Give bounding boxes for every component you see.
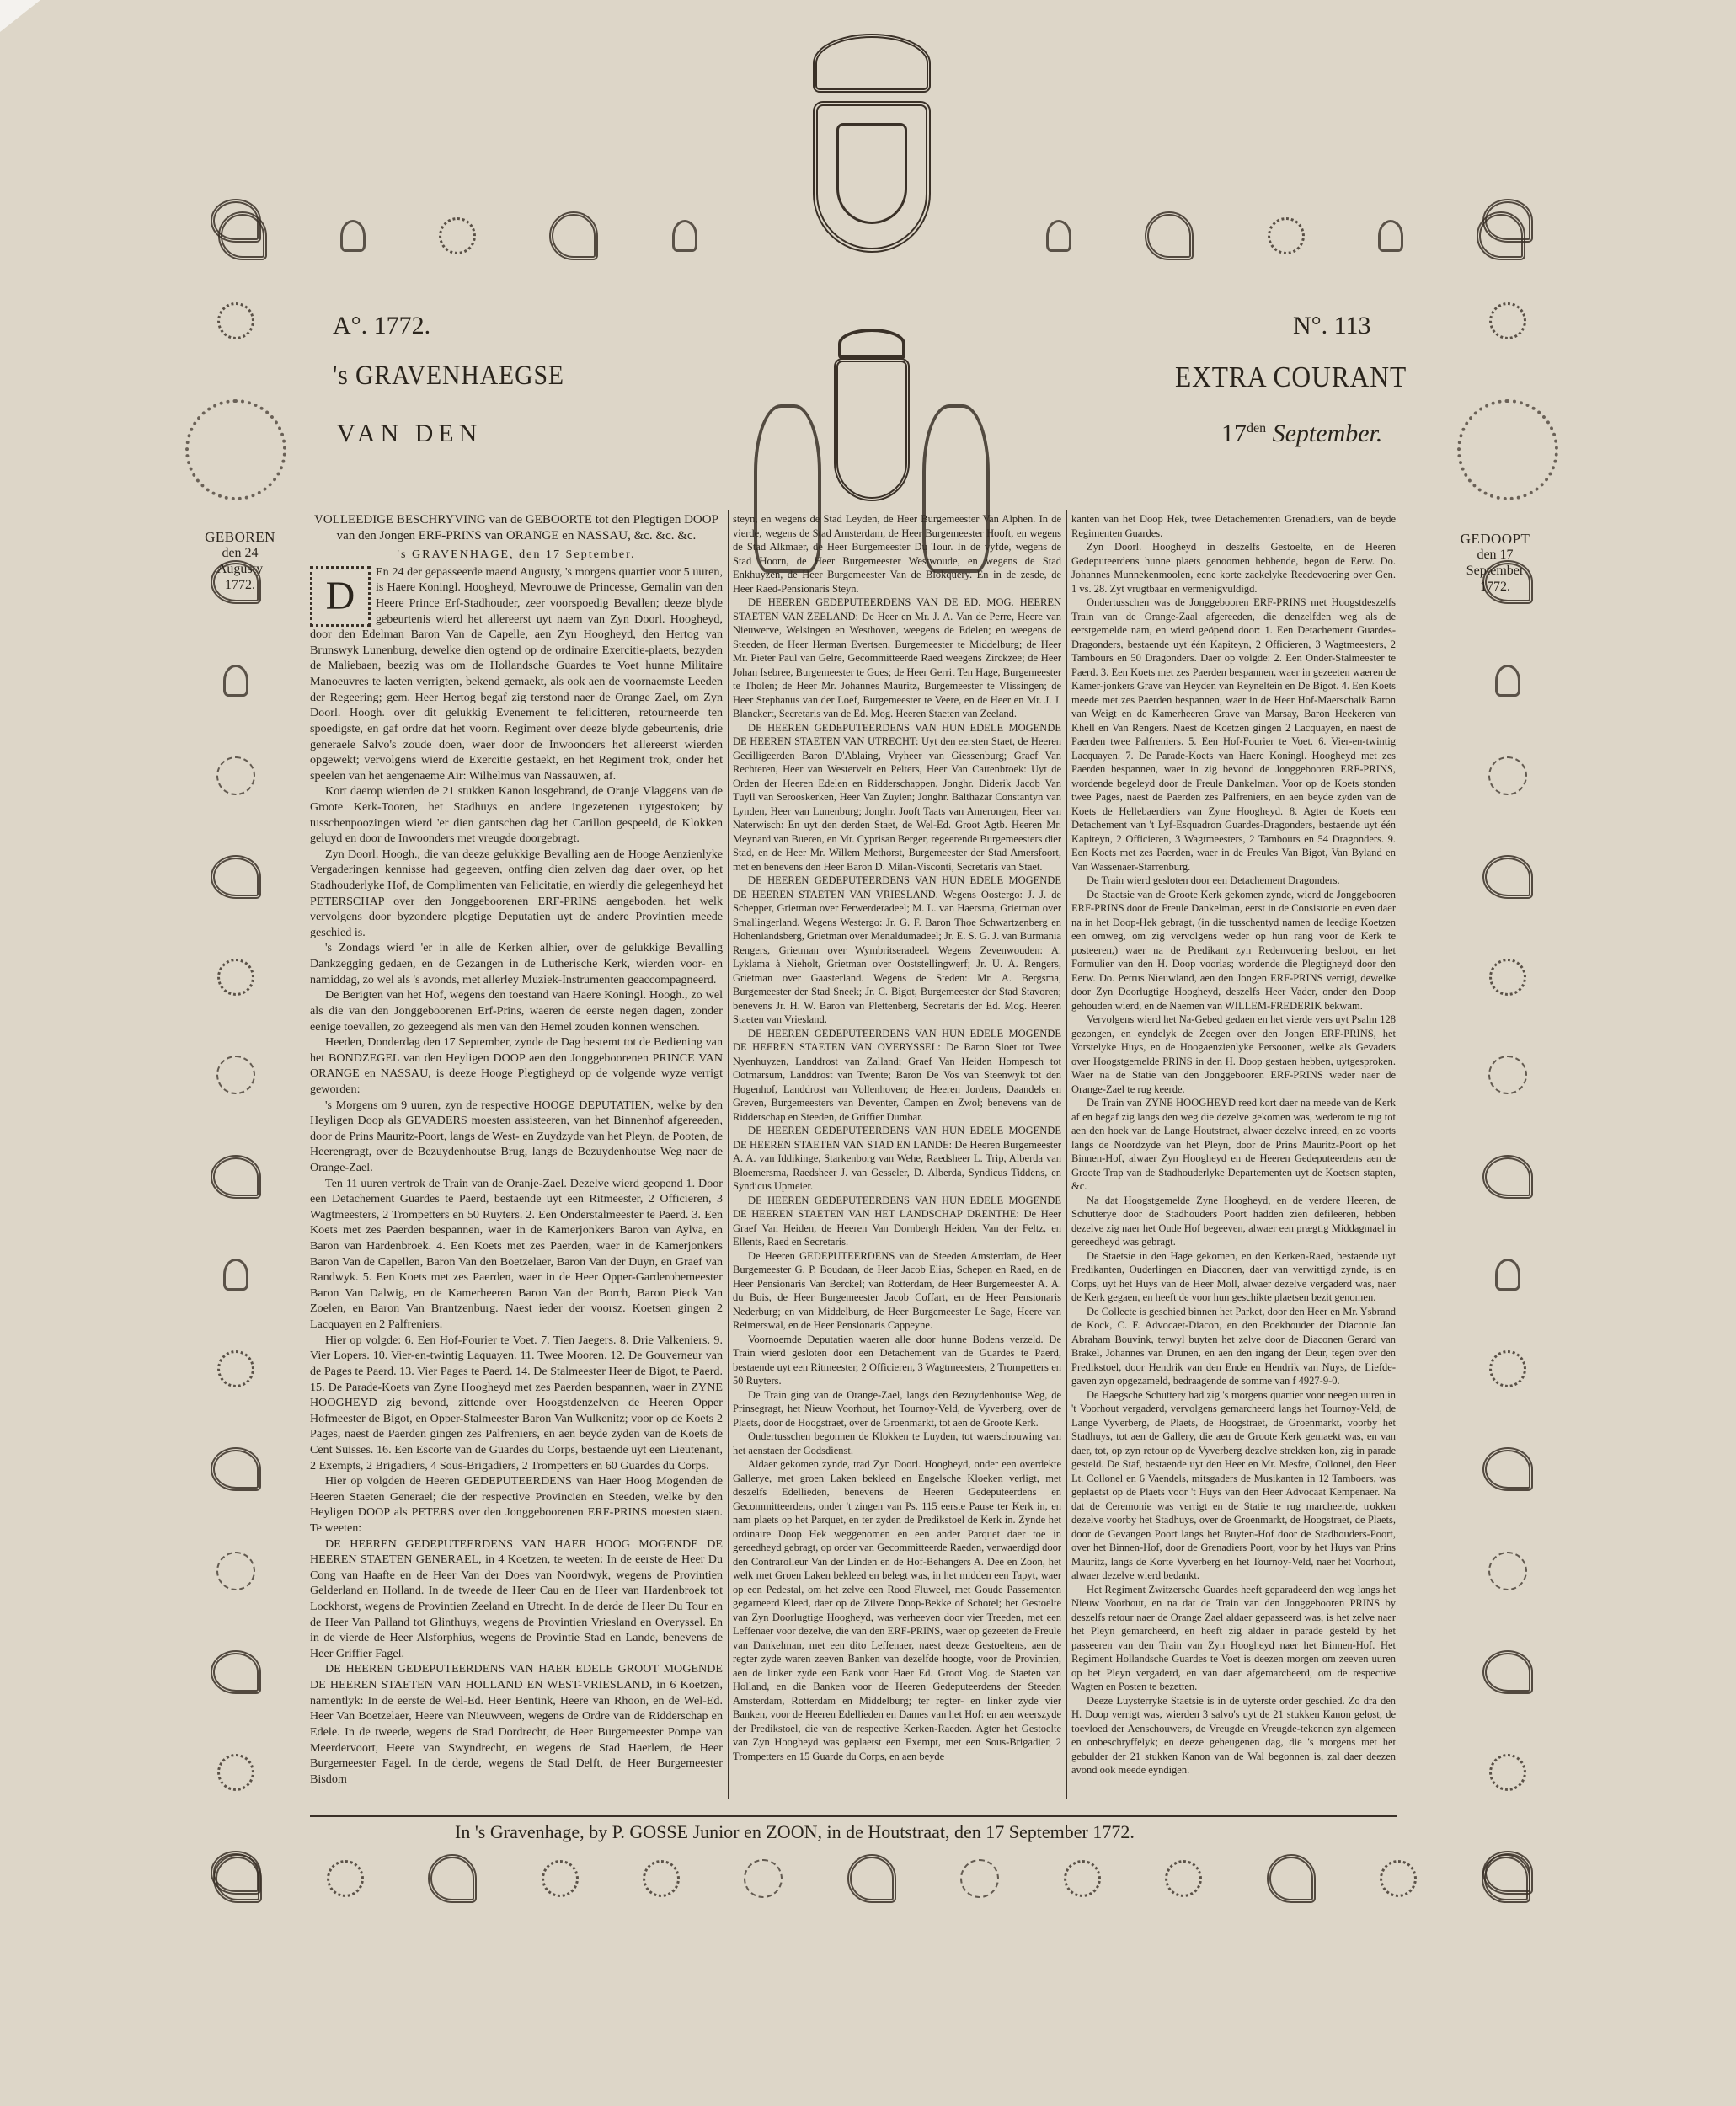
article-column-1: VOLLEEDIGE BESCHRYVING van de GEBOORTE t… (310, 512, 723, 1787)
date-month: September. (1273, 420, 1383, 447)
paragraph-text: En 24 der gepasseerde maend Augusty, 's … (310, 565, 723, 783)
rococo-scroll-icon (1482, 199, 1533, 243)
sunburst-icon (216, 756, 255, 795)
article-paragraph: Voornoemde Deputatien waeren alle door h… (733, 1333, 1061, 1388)
article-headline: VOLLEEDIGE BESCHRYVING van de GEBOORTE t… (310, 512, 723, 543)
urn-icon (340, 220, 366, 252)
date-sup: den (1247, 421, 1266, 436)
rococo-scroll-icon (1482, 855, 1533, 899)
rococo-scroll-icon (1482, 1854, 1530, 1903)
article-paragraph: DE HEEREN GEDEPUTEERDENS VAN HUN EDELE M… (733, 1124, 1061, 1194)
sunburst-icon (216, 1056, 255, 1094)
cartouche-line: den 17 (1457, 547, 1533, 563)
rococo-scroll-icon (213, 1854, 262, 1903)
flower-garland-icon (1165, 1860, 1202, 1897)
cartouche-title: GEDOOPT (1457, 531, 1533, 547)
article-paragraph: Zyn Doorl. Hoogheyd in deszelfs Gestoelt… (1071, 540, 1396, 596)
urn-icon (672, 220, 697, 252)
sunburst-icon (1488, 756, 1527, 795)
sunburst-icon (744, 1859, 783, 1898)
flower-garland-icon (217, 959, 254, 996)
article-paragraph: Hier op volgden de Heeren GEDEPUTEERDENS… (310, 1473, 723, 1536)
ornament-border-right (1453, 168, 1562, 1925)
article-paragraph: steyn, en wegens de Stad Leyden, de Heer… (733, 512, 1061, 596)
flower-garland-icon (1489, 959, 1526, 996)
article-paragraph: Heeden, Donderdag den 17 September, zynd… (310, 1034, 723, 1097)
article-paragraph: De Haegsche Schuttery had zig 's morgens… (1071, 1388, 1396, 1583)
article-paragraph: DE HEEREN GEDEPUTEERDENS VAN HUN EDELE M… (733, 1194, 1061, 1249)
article-paragraph: Na dat Hoogstgemelde Zyne Hoogheyd, en d… (1071, 1194, 1396, 1249)
article-paragraph: De Heeren GEDEPUTEERDENS van de Steeden … (733, 1249, 1061, 1333)
column-divider (728, 510, 729, 1799)
masthead-van-den: VAN DEN (337, 420, 482, 448)
article-paragraph: De Train ging van de Orange-Zael, langs … (733, 1388, 1061, 1430)
flower-garland-icon (1268, 217, 1305, 254)
article-column-3: kanten van het Doop Hek, twee Detachemen… (1071, 512, 1396, 1777)
article-column-2: steyn, en wegens de Stad Leyden, de Heer… (733, 512, 1061, 1763)
sunburst-icon (216, 1552, 255, 1590)
cartouche-line: 1772. (202, 577, 278, 593)
article-paragraph: Aldaer gekomen zynde, trad Zyn Doorl. Ho… (733, 1457, 1061, 1763)
article-paragraph: Hier op volgde: 6. Een Hof-Fourier te Vo… (310, 1333, 723, 1473)
issue-number: N°. 113 (1293, 312, 1371, 340)
rococo-scroll-icon (211, 1155, 261, 1199)
ornament-border-left (181, 168, 291, 1925)
urn-icon (1046, 220, 1071, 252)
masthead-right: EXTRA COURANT (1175, 361, 1407, 394)
article-paragraph: 's Zondags wierd 'er in alle de Kerken a… (310, 940, 723, 987)
urn-icon (1495, 665, 1520, 697)
article-paragraph: DE HEEREN GEDEPUTEERDENS VAN HUN EDELE M… (733, 721, 1061, 874)
flower-garland-icon (1489, 302, 1526, 339)
cartouche-line: Augusty (202, 561, 278, 577)
article-paragraph: DE HEEREN GEDEPUTEERDENS VAN HUN EDELE M… (733, 1027, 1061, 1125)
rococo-scroll-icon (211, 1650, 261, 1694)
article-paragraph: Ten 11 uuren vertrok de Train van de Ora… (310, 1176, 723, 1333)
cartouche-line: den 24 (202, 545, 278, 561)
rococo-scroll-icon (211, 199, 261, 243)
flower-garland-icon (542, 1860, 579, 1897)
rococo-scroll-icon (1267, 1854, 1316, 1903)
footer-rule (310, 1815, 1397, 1817)
article-paragraph: Ondertusschen was de Jonggebooren ERF-PR… (1071, 596, 1396, 874)
flower-garland-icon (217, 1350, 254, 1387)
urn-icon (1495, 1259, 1520, 1291)
masthead-date: 17den September. (1221, 420, 1382, 448)
rococo-scroll-icon (211, 1447, 261, 1491)
masthead-left: 's GRAVENHAEGSE (333, 361, 564, 392)
date-day: 17 (1221, 420, 1247, 447)
article-paragraph: Vervolgens wierd het Na-Gebed gedaen en … (1071, 1013, 1396, 1096)
sunburst-icon (960, 1859, 999, 1898)
rococo-scroll-icon (428, 1854, 477, 1903)
crown-icon (813, 34, 931, 93)
article-paragraph: DE HEEREN GEDEPUTEERDENS VAN HAER HOOG M… (310, 1537, 723, 1662)
sunburst-icon (1488, 1552, 1527, 1590)
article-paragraph: 's Morgens om 9 uuren, zyn de respective… (310, 1098, 723, 1176)
flower-garland-icon (439, 217, 476, 254)
wreath-icon (185, 399, 286, 500)
urn-icon (1378, 220, 1403, 252)
royal-coat-of-arms (788, 34, 956, 286)
article-paragraph: De Berigten van het Hof, wegens den toes… (310, 987, 723, 1034)
printer-imprint: In 's Gravenhage, by P. GOSSE Junior en … (455, 1821, 1135, 1843)
cartouche-line: 1772. (1457, 579, 1533, 595)
article-paragraph: Deeze Luysterryke Staetsie is in de uyte… (1071, 1694, 1396, 1777)
article-paragraph: kanten van het Doop Hek, twee Detachemen… (1071, 512, 1396, 540)
coat-of-arms-icon (813, 101, 931, 253)
flower-garland-icon (1380, 1860, 1417, 1897)
rococo-scroll-icon (211, 855, 261, 899)
article-paragraph: DEn 24 der gepasseerde maend Augusty, 's… (310, 564, 723, 784)
flower-garland-icon (217, 302, 254, 339)
cartouche-line: September (1457, 563, 1533, 579)
shield-quarter-icon (836, 123, 907, 224)
baptism-cartouche: GEDOOPT den 17 September 1772. (1457, 531, 1533, 595)
rococo-scroll-icon (549, 211, 598, 260)
article-dateline: 's GRAVENHAGE, den 17 September. (310, 547, 723, 563)
column-divider (1066, 510, 1067, 1799)
torn-corner (0, 0, 40, 32)
rococo-scroll-icon (1482, 1447, 1533, 1491)
decorated-initial-icon: D (310, 566, 371, 627)
article-paragraph: Zyn Doorl. Hoogh., die van deeze gelukki… (310, 847, 723, 941)
article-paragraph: De Train wierd gesloten door een Detache… (1071, 874, 1396, 888)
sunburst-icon (1488, 1056, 1527, 1094)
flower-garland-icon (1064, 1860, 1101, 1897)
article-paragraph: De Collecte is geschied binnen het Parke… (1071, 1305, 1396, 1388)
article-paragraph: Kort daerop wierden de 21 stukken Kanon … (310, 783, 723, 846)
article-paragraph: De Staetsie in den Hage gekomen, en den … (1071, 1249, 1396, 1305)
urn-icon (223, 665, 248, 697)
article-paragraph: Ondertusschen begonnen de Klokken te Luy… (733, 1430, 1061, 1457)
flower-garland-icon (1489, 1350, 1526, 1387)
urn-icon (223, 1259, 248, 1291)
birth-cartouche: GEBOREN den 24 Augusty 1772. (202, 529, 278, 593)
rococo-scroll-icon (1482, 1650, 1533, 1694)
rococo-scroll-icon (1482, 1155, 1533, 1199)
rococo-scroll-icon (1145, 211, 1194, 260)
flower-garland-icon (327, 1860, 364, 1897)
year-label: A°. 1772. (333, 312, 430, 340)
article-paragraph: DE HEEREN GEDEPUTEERDENS VAN HUN EDELE M… (733, 874, 1061, 1027)
article-paragraph: Het Regiment Zwitzersche Guardes heeft g… (1071, 1583, 1396, 1694)
flower-garland-icon (217, 1754, 254, 1791)
crown-icon (838, 329, 905, 359)
ornament-border-bottom (181, 1832, 1562, 1925)
article-paragraph: DE HEEREN GEDEPUTEERDENS VAN HAER EDELE … (310, 1661, 723, 1787)
article-paragraph: DE HEEREN GEDEPUTEERDENS VAN DE ED. MOG.… (733, 596, 1061, 721)
wreath-icon (1457, 399, 1558, 500)
stork-shield-icon (834, 358, 910, 501)
rococo-scroll-icon (847, 1854, 896, 1903)
article-paragraph: De Staetsie van de Groote Kerk gekomen z… (1071, 888, 1396, 1013)
cartouche-title: GEBOREN (202, 529, 278, 545)
article-paragraph: De Train van ZYNE HOOGHEYD reed kort dae… (1071, 1096, 1396, 1194)
flower-garland-icon (643, 1860, 680, 1897)
newspaper-page: A°. 1772. N°. 113 's GRAVENHAEGSE EXTRA … (0, 0, 1736, 2106)
flower-garland-icon (1489, 1754, 1526, 1791)
